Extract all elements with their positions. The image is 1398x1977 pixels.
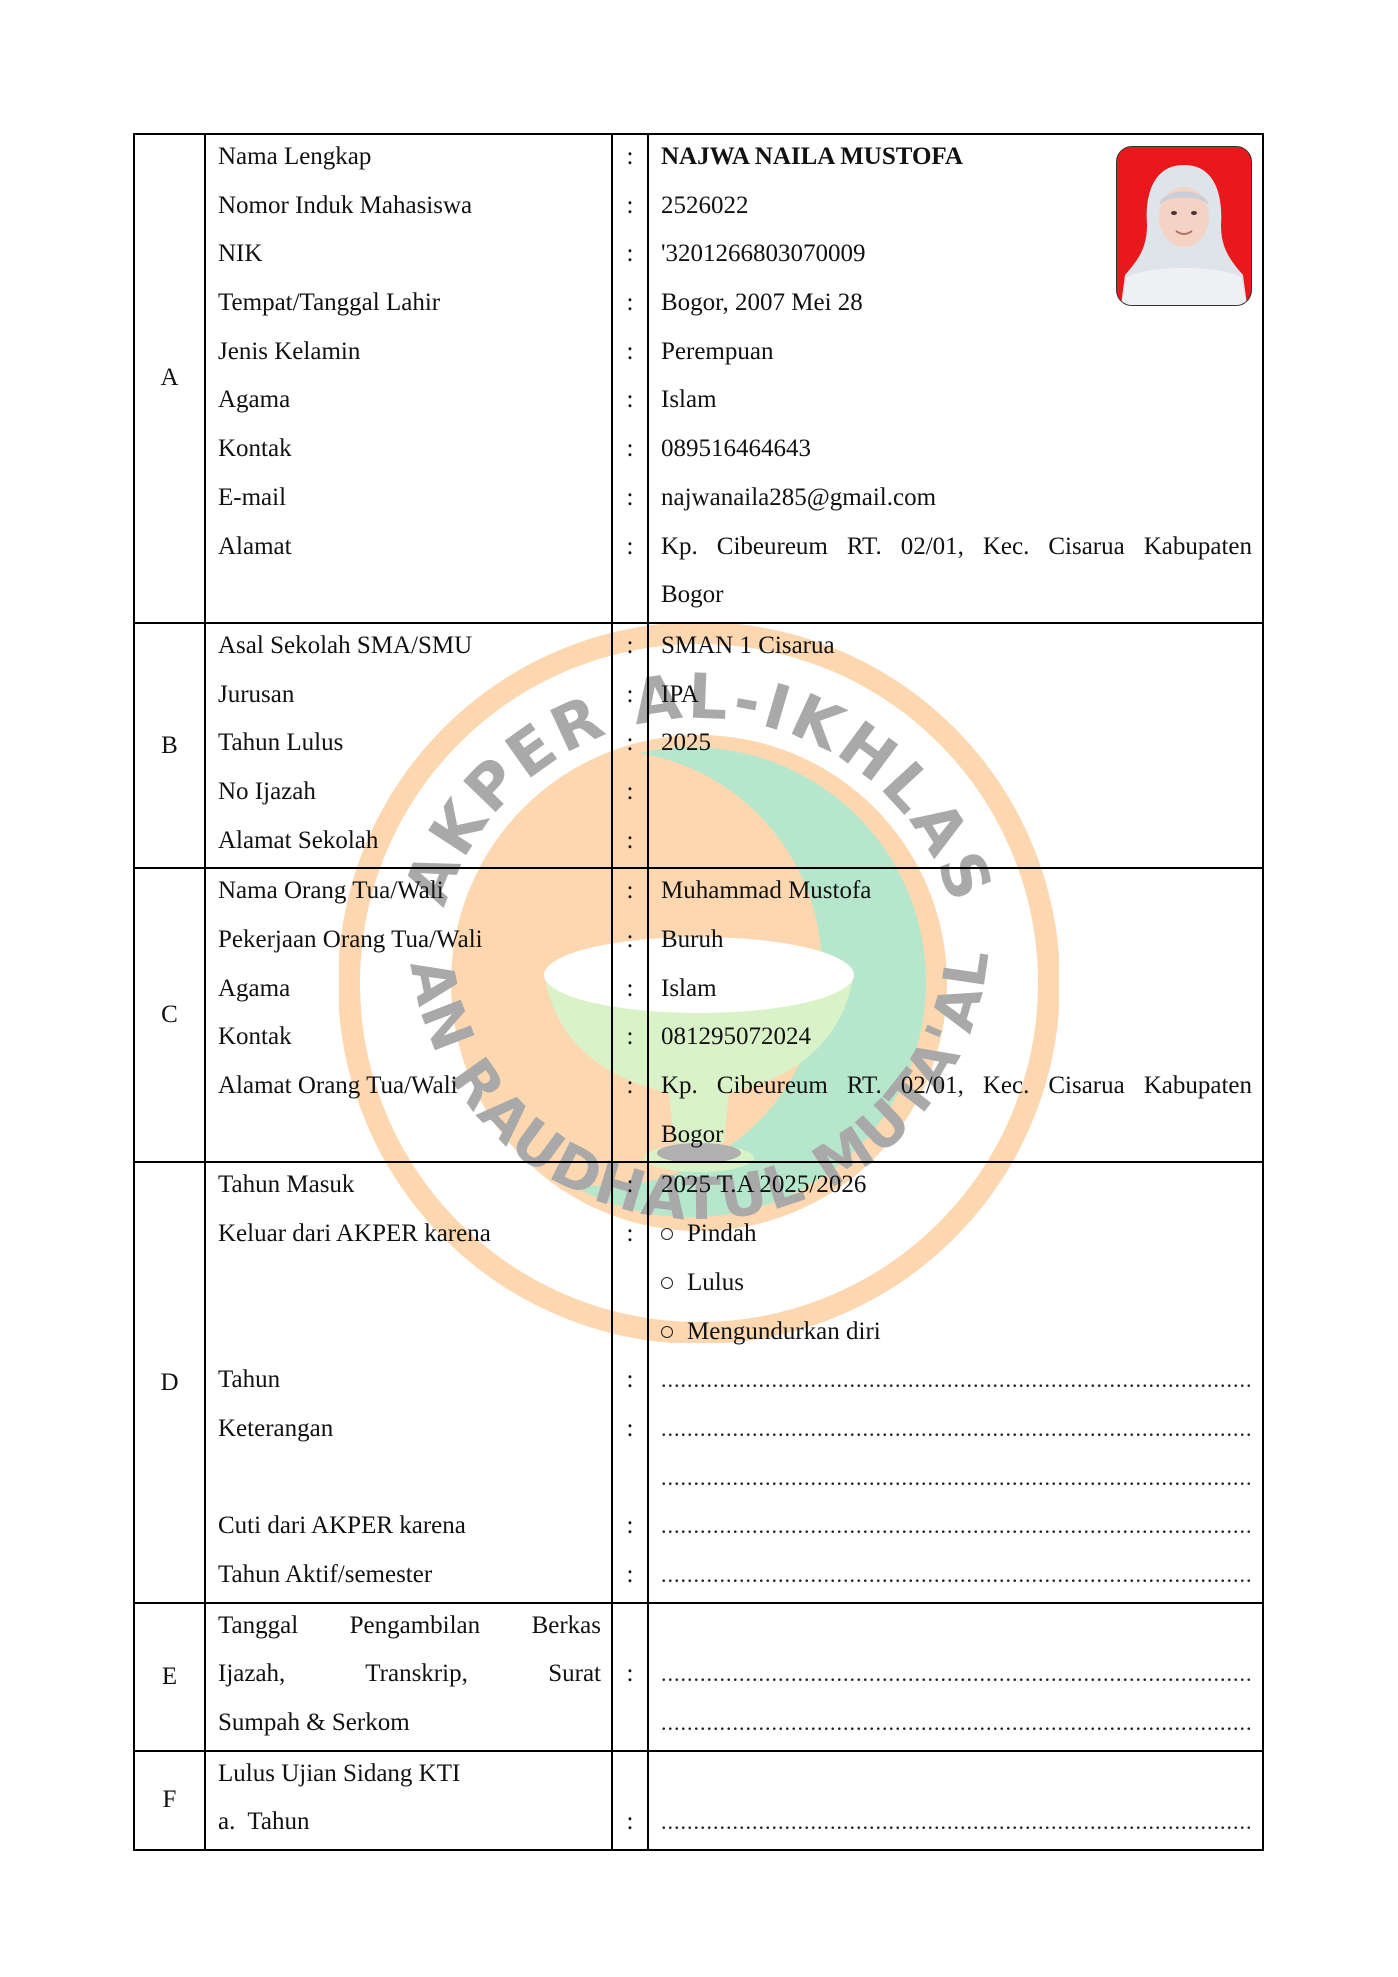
label-keluar: Keluar dari AKPER karena — [218, 1212, 601, 1261]
value-jenis-kelamin: Perempuan — [661, 330, 1252, 379]
value-tahun-lulus: 2025 — [661, 721, 1252, 770]
blank-pengambilan-2[interactable] — [661, 1701, 1252, 1750]
blank-pengambilan-1[interactable] — [661, 1652, 1252, 1701]
value-asal-sekolah: SMAN 1 Cisarua — [661, 624, 1252, 673]
section-d-labels: Tahun Masuk Keluar dari AKPER karena Tah… — [205, 1162, 612, 1602]
blank-keterangan-1[interactable] — [661, 1407, 1252, 1456]
section-e: E Tanggal Pengambilan Berkas Ijazah, Tra… — [134, 1603, 1263, 1751]
value-email: najwanaila285@gmail.com — [661, 476, 1252, 525]
radio-circle-icon[interactable] — [661, 1277, 673, 1289]
label-keterangan: Keterangan — [218, 1407, 601, 1456]
value-alamat-ortu-line1: Kp. Cibeureum RT. 02/01, Kec. Cisarua Ka… — [661, 1064, 1252, 1113]
label-tahun-masuk: Tahun Masuk — [218, 1163, 601, 1212]
colon-column: : : : : : : : : : — [612, 134, 648, 623]
section-f-labels: Lulus Ujian Sidang KTI a. Tahun — [205, 1751, 612, 1850]
section-letter: B — [134, 623, 205, 868]
portrait-icon — [1117, 147, 1251, 305]
radio-circle-icon[interactable] — [661, 1228, 673, 1240]
section-b-labels: Asal Sekolah SMA/SMU Jurusan Tahun Lulus… — [205, 623, 612, 868]
section-a: A Nama Lengkap Nomor Induk Mahasiswa NIK… — [134, 134, 1263, 623]
label-nama-lengkap: Nama Lengkap — [218, 135, 601, 184]
section-a-values: NAJWA NAILA MUSTOFA 2526022 '32012668030… — [648, 134, 1263, 623]
value-nama-ortu: Muhammad Mustofa — [661, 869, 1252, 918]
label-tahun: Tahun — [218, 1358, 601, 1407]
value-alamat-sekolah — [661, 819, 1252, 868]
section-f: F Lulus Ujian Sidang KTI a. Tahun : — [134, 1751, 1263, 1850]
label-nim: Nomor Induk Mahasiswa — [218, 184, 601, 233]
label-tahun-aktif: Tahun Aktif/semester — [218, 1553, 601, 1602]
label-alamat-ortu: Alamat Orang Tua/Wali — [218, 1064, 601, 1113]
section-c: C Nama Orang Tua/Wali Pekerjaan Orang Tu… — [134, 868, 1263, 1162]
label-alamat-sekolah: Alamat Sekolah — [218, 819, 601, 868]
section-letter: D — [134, 1162, 205, 1602]
section-e-values — [648, 1603, 1263, 1751]
label-pengambilan-berkas-1: Tanggal Pengambilan Berkas — [218, 1604, 601, 1653]
label-pekerjaan-ortu: Pekerjaan Orang Tua/Wali — [218, 918, 601, 967]
label-tahun-kti: a. Tahun — [218, 1800, 601, 1849]
section-d-values: 2025 T.A 2025/2026 Pindah Lulus Mengundu… — [648, 1162, 1263, 1602]
label-alamat: Alamat — [218, 525, 601, 574]
section-d: D Tahun Masuk Keluar dari AKPER karena T… — [134, 1162, 1263, 1602]
blank-tahun-kti[interactable] — [661, 1800, 1252, 1849]
blank-cuti[interactable] — [661, 1504, 1252, 1553]
value-kontak-ortu: 081295072024 — [661, 1015, 1252, 1064]
label-nik: NIK — [218, 232, 601, 281]
section-letter: F — [134, 1751, 205, 1850]
radio-circle-icon[interactable] — [661, 1326, 673, 1338]
label-asal-sekolah: Asal Sekolah SMA/SMU — [218, 624, 601, 673]
value-agama: Islam — [661, 378, 1252, 427]
label-kontak-ortu: Kontak — [218, 1015, 601, 1064]
label-no-ijazah: No Ijazah — [218, 770, 601, 819]
section-letter: C — [134, 868, 205, 1162]
option-lulus[interactable]: Lulus — [661, 1261, 1252, 1310]
colon-column: : : : : : — [612, 623, 648, 868]
label-tahun-lulus: Tahun Lulus — [218, 721, 601, 770]
section-letter: E — [134, 1603, 205, 1751]
label-jenis-kelamin: Jenis Kelamin — [218, 330, 601, 379]
option-pindah[interactable]: Pindah — [661, 1212, 1252, 1261]
value-tahun-masuk: 2025 T.A 2025/2026 — [661, 1163, 1252, 1212]
label-ttl: Tempat/Tanggal Lahir — [218, 281, 601, 330]
value-alamat-line1: Kp. Cibeureum RT. 02/01, Kec. Cisarua Ka… — [661, 525, 1252, 574]
section-e-labels: Tanggal Pengambilan Berkas Ijazah, Trans… — [205, 1603, 612, 1751]
section-b-values: SMAN 1 Cisarua IPA 2025 — [648, 623, 1263, 868]
option-mengundurkan-diri[interactable]: Mengundurkan diri — [661, 1310, 1252, 1359]
label-kontak: Kontak — [218, 427, 601, 476]
section-b: B Asal Sekolah SMA/SMU Jurusan Tahun Lul… — [134, 623, 1263, 868]
label-pengambilan-berkas-2: Ijazah, Transkrip, Surat — [218, 1652, 601, 1701]
value-no-ijazah — [661, 770, 1252, 819]
blank-keterangan-2[interactable] — [661, 1456, 1252, 1505]
value-kontak: 089516464643 — [661, 427, 1252, 476]
section-c-values: Muhammad Mustofa Buruh Islam 08129507202… — [648, 868, 1263, 1162]
label-jurusan: Jurusan — [218, 673, 601, 722]
value-alamat-ortu-line2: Bogor — [661, 1113, 1252, 1162]
colon-column: : : : : : — [612, 868, 648, 1162]
label-email: E-mail — [218, 476, 601, 525]
section-letter: A — [134, 134, 205, 623]
colon-column: : : : : : : — [612, 1162, 648, 1602]
label-pengambilan-berkas-3: Sumpah & Serkom — [218, 1701, 601, 1750]
label-nama-ortu: Nama Orang Tua/Wali — [218, 869, 601, 918]
label-cuti: Cuti dari AKPER karena — [218, 1504, 601, 1553]
label-lulus-ujian: Lulus Ujian Sidang KTI — [218, 1752, 601, 1801]
blank-tahun-aktif[interactable] — [661, 1553, 1252, 1602]
section-f-values — [648, 1751, 1263, 1850]
blank-tahun[interactable] — [661, 1358, 1252, 1407]
student-photo — [1116, 146, 1252, 306]
label-agama: Agama — [218, 378, 601, 427]
colon-column: : — [612, 1603, 648, 1751]
value-agama-ortu: Islam — [661, 967, 1252, 1016]
value-pekerjaan-ortu: Buruh — [661, 918, 1252, 967]
section-a-labels: Nama Lengkap Nomor Induk Mahasiswa NIK T… — [205, 134, 612, 623]
section-c-labels: Nama Orang Tua/Wali Pekerjaan Orang Tua/… — [205, 868, 612, 1162]
student-data-form: A Nama Lengkap Nomor Induk Mahasiswa NIK… — [133, 133, 1264, 1851]
colon-column: : — [612, 1751, 648, 1850]
value-jurusan: IPA — [661, 673, 1252, 722]
label-agama-ortu: Agama — [218, 967, 601, 1016]
value-alamat-line2: Bogor — [661, 573, 1252, 622]
